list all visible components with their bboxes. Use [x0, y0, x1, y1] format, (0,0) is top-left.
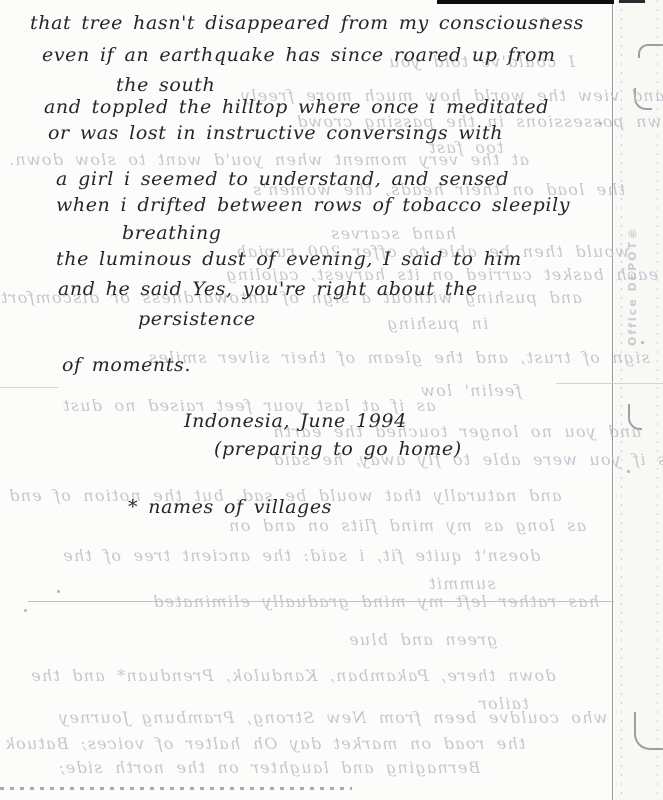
poem-line: * names of villages	[128, 496, 332, 518]
poem-line: of moments.	[62, 354, 191, 376]
paper-speck	[57, 590, 60, 593]
paper-speck	[641, 341, 644, 344]
scanned-document: Office DEPOT® I could've told youand vie…	[0, 0, 663, 800]
poem-line: a girl i seemed to understand, and sense…	[56, 168, 509, 190]
poem-line: and he said Yes, you're right about the	[58, 278, 478, 300]
perforation-dots	[0, 787, 352, 790]
poem-line: breathing	[122, 222, 222, 244]
poem-line: even if an earthquake has since roared u…	[42, 44, 556, 66]
bleedthrough-line: as long as my mind flits on and on	[228, 516, 586, 535]
strikethrough-line	[28, 601, 614, 602]
scanner-artifact-bar	[437, 0, 614, 4]
bleedthrough-line: who couldve been from New Strong, Prambu…	[58, 708, 607, 727]
poem-line: that tree hasn't disappeared from my con…	[30, 12, 584, 34]
poem-line: (preparing to go home)	[214, 438, 462, 460]
crease-line	[556, 383, 663, 384]
paper-speck	[599, 122, 602, 125]
bleedthrough-line: in pushing	[386, 314, 488, 333]
bleedthrough-line: down there, Pakamban, Kandulok, Prenduan…	[30, 666, 556, 685]
scanner-artifact-bar-small	[619, 0, 645, 3]
bleedthrough-line: doesn't quite fit, i said: the ancient t…	[62, 546, 540, 565]
paper-speck	[543, 17, 546, 20]
paper-speck	[24, 609, 27, 612]
poem-line: persistence	[138, 308, 256, 330]
bleedthrough-line: green and blue	[348, 630, 497, 649]
binder-ring-mark	[634, 712, 663, 750]
bleedthrough-line: hand scarves	[330, 224, 456, 243]
poem-line: Indonesia, June 1994	[184, 410, 407, 432]
bleedthrough-line: Bernaging and laughter on the north side…	[58, 758, 480, 777]
poem-line: the luminous dust of evening, I said to …	[56, 248, 522, 270]
paper-speck	[627, 470, 630, 473]
poem-line: and toppled the hilltop where once i med…	[44, 96, 549, 118]
poem-line: the south	[116, 74, 215, 96]
binder-ring-mark	[638, 44, 663, 58]
bleedthrough-line: at the very moment when you'd want to sl…	[8, 150, 529, 169]
poem-line: or was lost in instructive conversings w…	[48, 122, 503, 144]
poem-line: when i drifted between rows of tobacco s…	[56, 194, 570, 216]
bleedthrough-line: summit	[428, 574, 496, 593]
crease-line	[0, 387, 58, 388]
bleedthrough-line: the road on market day Oh halter of voic…	[4, 734, 525, 753]
bleedthrough-line: a sign of trust, and the gleam of their …	[148, 348, 663, 367]
